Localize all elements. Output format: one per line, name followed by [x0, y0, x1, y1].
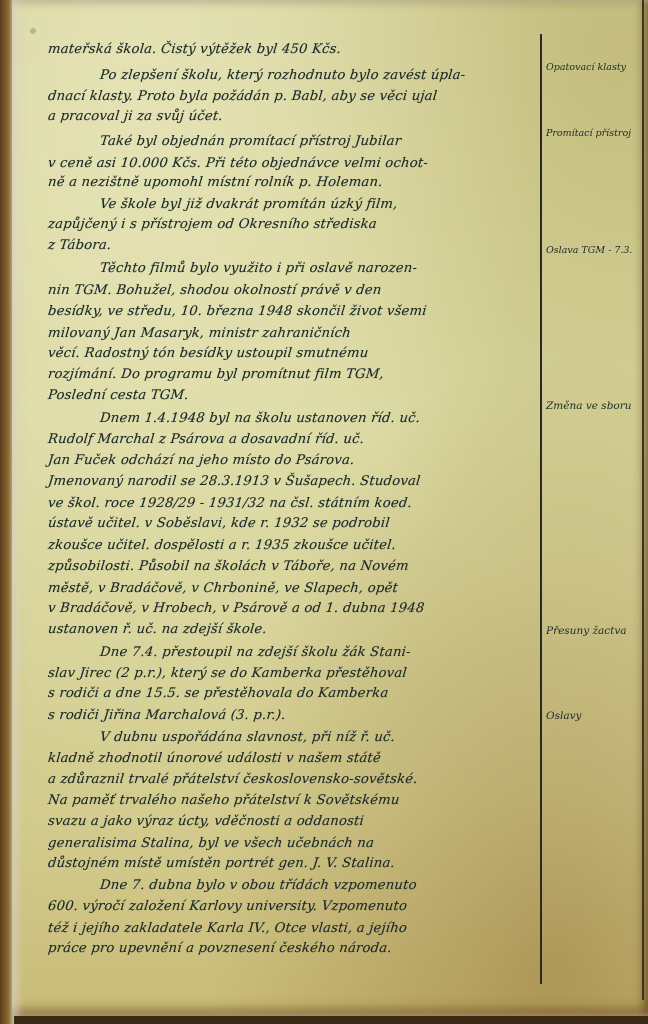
handwritten-line: zkoušce učitel. dospělosti a r. 1935 zko…: [47, 538, 397, 553]
handwritten-line: ústavě učitel. v Soběslavi, kde r. 1932 …: [47, 516, 390, 531]
margin-note: Oslava TGM - 7.3.: [546, 245, 632, 256]
handwritten-line: milovaný Jan Masaryk, ministr zahraniční…: [47, 326, 351, 341]
handwritten-line: dnací klasty. Proto byla požádán p. Babl…: [47, 89, 438, 104]
handwritten-line: besídky, ve středu, 10. března 1948 skon…: [47, 304, 427, 319]
handwritten-line: Na paměť trvalého našeho přátelství k So…: [47, 793, 400, 808]
margin-note: Opatovací klasty: [546, 62, 626, 73]
handwritten-line: způsobilosti. Působil na školách v Táboř…: [47, 559, 409, 574]
handwritten-line: v ceně asi 10.000 Kčs. Při této objednáv…: [47, 156, 429, 171]
handwritten-line: z Tábora.: [47, 238, 112, 253]
margin-rule: [540, 34, 542, 984]
right-edge-rule: [642, 0, 644, 1000]
handwritten-line: nin TGM. Bohužel, shodou okolností právě…: [47, 283, 382, 298]
handwritten-line: Po zlepšení školu, který rozhodnuto bylo…: [99, 68, 466, 83]
page-hole: [30, 28, 36, 34]
handwritten-line: s rodiči a dne 15.5. se přestěhovala do …: [47, 686, 389, 701]
handwritten-line: a zdůraznil trvalé přátelství českoslove…: [47, 772, 418, 787]
handwritten-line: zapůjčený i s přístrojem od Okresního st…: [47, 217, 377, 232]
handwritten-line: a pracoval ji za svůj účet.: [47, 109, 223, 124]
handwritten-line: kladně zhodnotil únorové události v naše…: [47, 751, 382, 766]
handwritten-line: Také byl objednán promítací přístroj Jub…: [99, 134, 402, 149]
margin-note: Změna ve sboru: [546, 400, 632, 412]
handwritten-line: rozjímání. Do programu byl promítnut fil…: [47, 367, 384, 382]
handwritten-line: věcí. Radostný tón besídky ustoupil smut…: [47, 346, 369, 361]
handwritten-line: mateřská škola. Čistý výtěžek byl 450 Kč…: [47, 42, 342, 57]
handwritten-line: Dne 7. dubna bylo v obou třídách vzpomen…: [99, 878, 417, 893]
handwritten-line: slav Jirec (2 p.r.), který se do Kamberk…: [47, 666, 407, 681]
handwritten-line: Jmenovaný narodil se 28.3.1913 v Šušapec…: [47, 474, 421, 489]
handwritten-line: Těchto filmů bylo využito i při oslavě n…: [99, 261, 418, 276]
handwritten-line: ně a nezištně upomohl místní rolník p. H…: [47, 175, 383, 190]
margin-note: Promítací přístroj: [546, 128, 631, 139]
handwritten-line: 600. výročí založení Karlovy university.…: [47, 899, 408, 914]
handwritten-line: generalisima Stalina, byl ve všech učebn…: [47, 836, 375, 851]
handwritten-line: důstojném místě umístěn portrét gen. J. …: [47, 856, 395, 871]
handwritten-line: Poslední cesta TGM.: [47, 388, 189, 403]
handwritten-line: práce pro upevnění a povznesení českého …: [47, 941, 392, 956]
margin-note: Oslavy: [546, 710, 581, 722]
margin-note: Přesuny žactva: [546, 625, 627, 637]
handwritten-line: svazu a jako výraz úcty, vděčnosti a odd…: [47, 814, 365, 829]
handwritten-line: v Bradáčově, v Hrobech, v Psárově a od 1…: [47, 601, 425, 616]
handwritten-line: Ve škole byl již dvakrát promítán úzký f…: [99, 197, 398, 212]
handwritten-line: ustanoven ř. uč. na zdejší škole.: [47, 622, 267, 637]
handwritten-line: s rodiči Jiřina Marchalová (3. p.r.).: [47, 708, 286, 723]
handwritten-line: městě, v Bradáčově, v Chrbonině, ve Slap…: [47, 581, 399, 596]
handwritten-line: Dnem 1.4.1948 byl na školu ustanoven říd…: [99, 411, 421, 426]
handwritten-line: Dne 7.4. přestoupil na zdejší školu žák …: [99, 645, 411, 660]
handwritten-line: ve škol. roce 1928/29 - 1931/32 na čsl. …: [47, 496, 412, 511]
handwritten-line: V dubnu uspořádána slavnost, při níž ř. …: [99, 730, 396, 745]
handwritten-line: Rudolf Marchal z Psárova a dosavadní říd…: [47, 432, 365, 447]
handwritten-line: též i jejího zakladatele Karla IV., Otce…: [47, 921, 408, 936]
handwritten-line: Jan Fuček odchází na jeho místo do Psáro…: [47, 453, 355, 468]
